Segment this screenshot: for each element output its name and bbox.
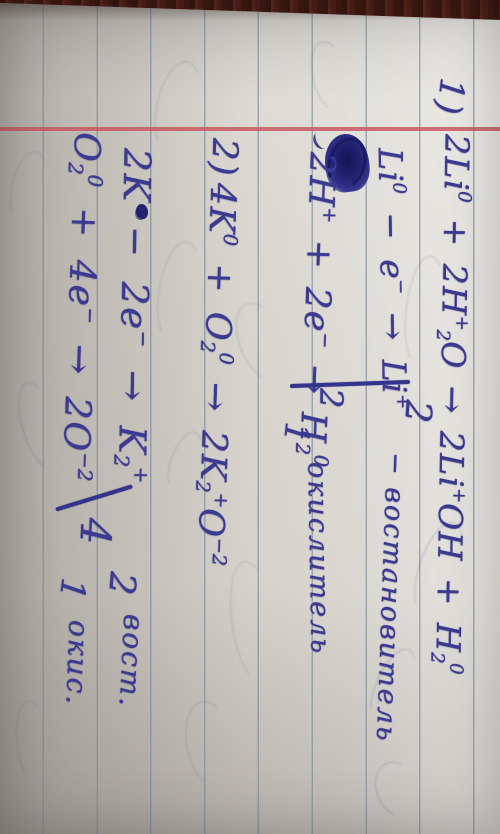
ghost-mark — [12, 698, 55, 785]
formula-token: − e — [372, 194, 412, 281]
formula-token: → — [194, 364, 236, 431]
ghost-mark — [3, 147, 54, 227]
ghost-mark — [223, 558, 284, 687]
formula-token: 2 — [433, 329, 454, 341]
formula-token: + 2e — [296, 222, 340, 333]
oxidation-half-reaction-2: 2K − 2e− → K2+ — [109, 148, 159, 484]
formula-token: 2H — [300, 151, 342, 208]
formula-token: 0 — [219, 233, 242, 246]
formula-token: → — [373, 294, 413, 360]
formula-token: 2Li — [432, 431, 472, 490]
notebook-page: 1) 2Li0 + 2H+2O → 2Li+OH + H20 Li0 − e− … — [0, 0, 500, 834]
electrons-count-1: 2 — [312, 388, 350, 410]
formula-token: 2K — [192, 430, 234, 483]
reduction-half-reaction-1: 2H+ + 2e− → H20 — [290, 151, 343, 467]
formula-token: + — [129, 466, 153, 483]
ink-blot — [136, 204, 148, 219]
formula-token: O — [65, 131, 107, 164]
formula-token: −2 — [73, 452, 97, 482]
formula-token: O — [434, 341, 473, 370]
formula-token: − — [390, 279, 411, 295]
formula-token: + — [318, 207, 342, 224]
multiplier-ox-1: 2 — [396, 399, 439, 426]
equation-2-margin-label: 2) — [203, 137, 244, 177]
reduction-half-reaction-2: O20 + 4e− → 2O−2 — [53, 131, 108, 481]
formula-token: 0 — [388, 182, 409, 194]
multiplier-red-2: 1 — [51, 575, 94, 603]
formula-token: 0 — [453, 191, 474, 203]
formula-token: → — [433, 369, 473, 431]
formula-token: + 2H — [435, 202, 476, 317]
formula-token: 4K — [201, 182, 243, 235]
formula-token: 0 — [445, 663, 466, 675]
oxidizer-label-1: окислитель — [301, 462, 335, 655]
formula-token: + 4e — [60, 186, 105, 309]
formula-token: O — [190, 507, 231, 539]
rotated-page-wrapper: 1) 2Li0 + 2H+2O → 2Li+OH + H20 Li0 − e− … — [0, 0, 500, 834]
formula-token: 2O — [55, 396, 98, 454]
formula-token: 2Li — [437, 134, 477, 193]
oxidation-half-reaction-1: Li0 − e− → Li+ — [371, 148, 415, 410]
notebook-photo: 1) 2Li0 + 2H+2O → 2Li+OH + H20 Li0 − e− … — [0, 0, 500, 834]
multiplier-ox-2: 2 — [100, 570, 143, 598]
reducer-label-2: вост. — [113, 613, 151, 709]
formula-token: − 2e — [112, 203, 157, 332]
formula-token: Li — [371, 148, 411, 184]
formula-token: − — [131, 330, 155, 347]
ghost-mark — [177, 696, 243, 793]
electrons-count-2: 4 — [70, 517, 120, 548]
equation-1-margin-label: 1) — [428, 76, 472, 118]
formula-token: − — [78, 307, 102, 324]
formula-token: + — [448, 488, 469, 504]
ghost-mark — [147, 56, 210, 157]
equation-2: 2)4K0 + O20 → 2K2+O−2 — [188, 137, 245, 566]
formula-token: + — [210, 492, 234, 509]
formula-token: −2 — [208, 537, 232, 566]
formula-token: 0 — [83, 174, 106, 187]
formula-token: K — [110, 425, 154, 455]
formula-token: Li — [374, 359, 414, 395]
ghost-mark — [366, 753, 431, 825]
ghost-mark — [303, 36, 359, 117]
formula-token: → — [57, 323, 101, 397]
balance-divider-2 — [55, 484, 133, 511]
formula-token: + — [451, 315, 472, 331]
formula-token: OH + H — [429, 503, 471, 654]
formula-token: → — [111, 347, 155, 426]
multiplier-red-1: 1 — [275, 420, 317, 447]
formula-token: 2K — [115, 148, 159, 204]
reducer-label-1: − востановитель — [370, 452, 411, 744]
formula-token: + O — [197, 245, 240, 343]
oxidizer-label-2: окис. — [60, 619, 96, 706]
red-margin-line — [0, 127, 500, 131]
formula-token: − — [314, 332, 338, 349]
